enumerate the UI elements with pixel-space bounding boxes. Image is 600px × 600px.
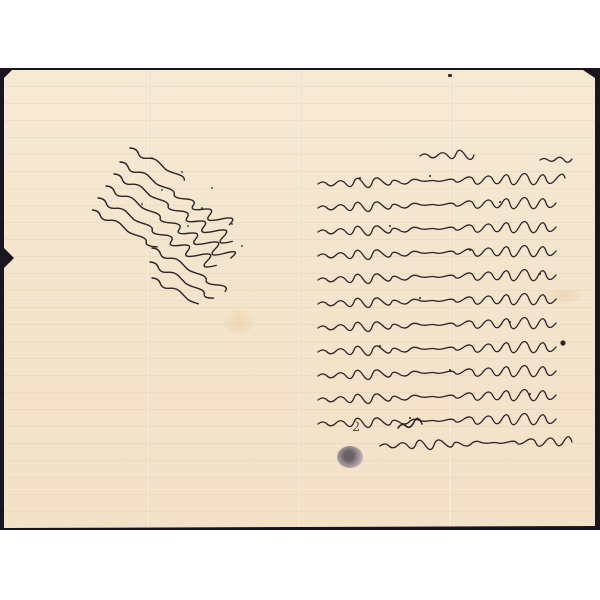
right-page-letter-body: main body of letter with salutation, tex…	[300, 140, 592, 470]
page-number-mark: 2	[352, 420, 360, 435]
signature-label: signature	[0, 0, 1, 1]
main-handwriting	[300, 140, 592, 470]
seal-label: ink seal stamp	[0, 0, 1, 1]
diagonal-handwriting	[92, 128, 312, 328]
page-top-mark	[448, 74, 452, 77]
left-page-marginal-note: marginal note written diagonally	[92, 128, 302, 298]
seal-stamp	[337, 446, 363, 468]
